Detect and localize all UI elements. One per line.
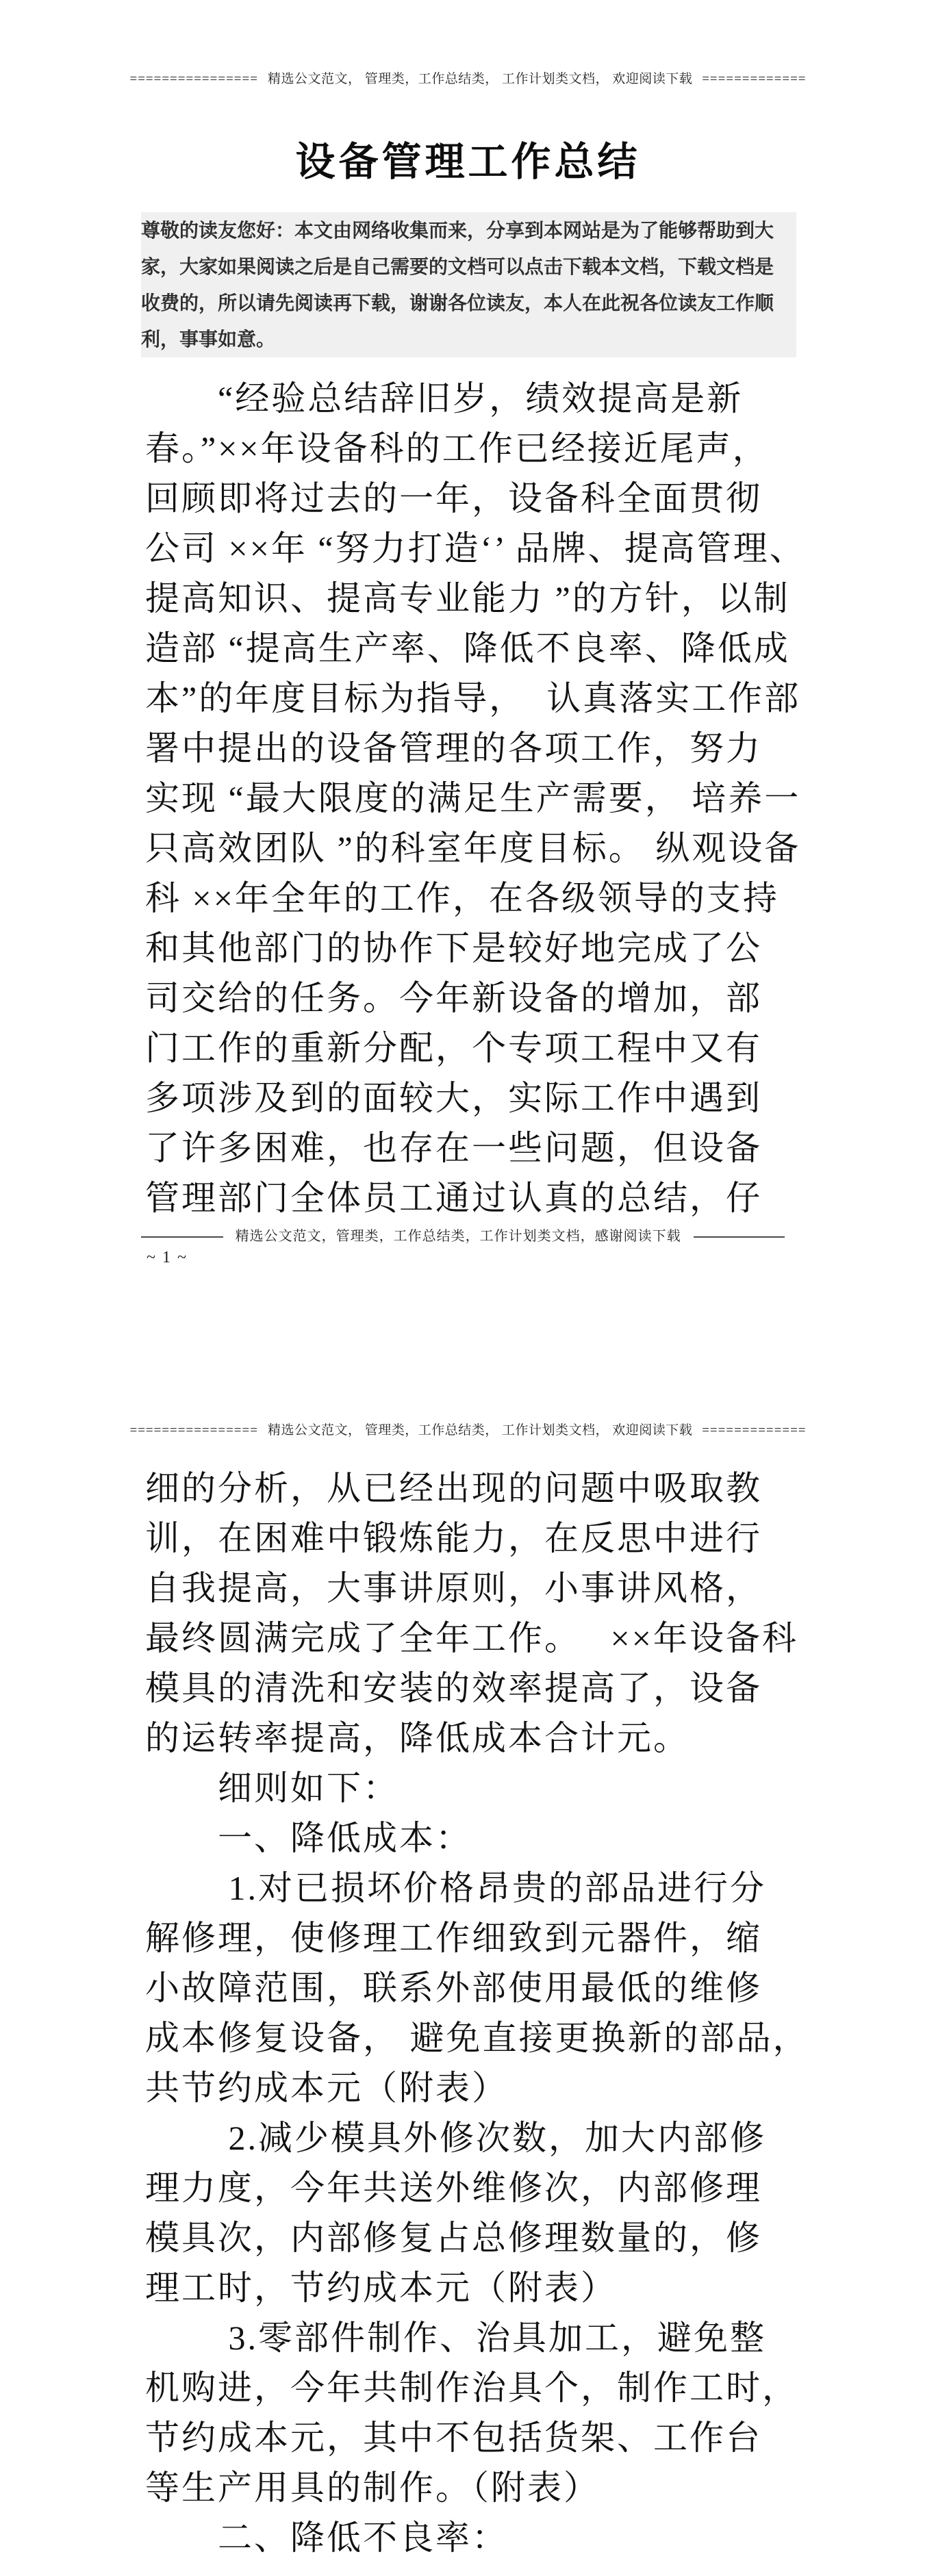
page-2: ================ 精选公文范文， 管理类，工作总结类， 工作计划…	[0, 1422, 936, 2563]
body-line: 科 ××年全年的工作，在各级领导的支持	[145, 873, 936, 923]
body-line: 3.零部件制作、治具加工，避免整	[145, 2313, 936, 2363]
body-line: 等生产用具的制作。（附表）	[145, 2463, 936, 2513]
body-line: 司交给的任务。今年新设备的增加，部	[145, 973, 936, 1023]
header-text: 精选公文范文， 管理类，工作总结类， 工作计划类文档， 欢迎阅读下载	[268, 71, 692, 88]
notice-block: 尊敬的读友您好：本文由网络收集而来，分享到本网站是为了能够帮助到大家，大家如果阅…	[141, 212, 796, 357]
footer-rule-right	[694, 1236, 785, 1238]
body-line: 共节约成本元（附表）	[145, 2063, 936, 2113]
header-rule-left: ================	[129, 71, 257, 88]
footer-text: 精选公文范文，管理类，工作总结类，工作计划类文档，感谢阅读下载	[236, 1227, 681, 1246]
body-line: 模具的清洗和安装的效率提高了，设备	[145, 1663, 936, 1713]
body-line: 了许多困难，也存在一些问题，但设备	[145, 1123, 936, 1173]
body-line: 一、降低成本：	[145, 1813, 936, 1863]
body-line: 署中提出的设备管理的各项工作，努力	[145, 724, 936, 774]
header-rule-right: =============	[702, 1422, 806, 1440]
body-line: 本”的年度目标为指导， 认真落实工作部	[145, 674, 936, 724]
body-line: 小故障范围，联系外部使用最低的维修	[145, 1963, 936, 2013]
body-line: 成本修复设备， 避免直接更换新的部品，	[145, 2013, 936, 2063]
body-line: 只高效团队 ”的科室年度目标。 纵观设备	[145, 824, 936, 873]
body-line: 1.对已损坏价格昂贵的部品进行分	[145, 1863, 936, 1913]
body-line: 细则如下：	[145, 1763, 936, 1813]
body-line: 细的分析，从已经出现的问题中吸取教	[145, 1464, 936, 1514]
page-number: ~ 1 ~	[147, 1247, 936, 1268]
body-line: 训，在困难中锻炼能力，在反思中进行	[145, 1514, 936, 1564]
body-line: 公司 ××年 “努力打造‘’ 品牌、提高管理、	[145, 524, 936, 574]
body-line: 最终圆满完成了全年工作。 ××年设备科	[145, 1614, 936, 1663]
notice-line: 收费的，所以请先阅读再下载，谢谢各位读友，本人在此祝各位读友工作顺	[141, 285, 796, 321]
body-line: 实现 “最大限度的满足生产需要， 培养一	[145, 774, 936, 824]
body-line: 模具次，内部修复占总修理数量的，修	[145, 2213, 936, 2263]
header-rule-left: ================	[129, 1422, 257, 1440]
page2-header: ================ 精选公文范文， 管理类，工作总结类， 工作计划…	[0, 1422, 936, 1440]
body-line: “经验总结辞旧岁，绩效提高是新	[145, 374, 936, 424]
header-text: 精选公文范文， 管理类，工作总结类， 工作计划类文档， 欢迎阅读下载	[268, 1422, 692, 1440]
body-line: 理力度，今年共送外维修次，内部修理	[145, 2163, 936, 2213]
body-line: 理工时，节约成本元（附表）	[145, 2263, 936, 2313]
notice-line: 家，大家如果阅读之后是自己需要的文档可以点击下载本文档，下载文档是	[141, 248, 796, 285]
body-line: 回顾即将过去的一年，设备科全面贯彻	[145, 474, 936, 524]
page-1: ================ 精选公文范文， 管理类，工作总结类， 工作计划…	[0, 71, 936, 1268]
body-line: 多项涉及到的面较大，实际工作中遇到	[145, 1073, 936, 1123]
body-line: 和其他部门的协作下是较好地完成了公	[145, 923, 936, 973]
body-line: 提高知识、提高专业能力 ”的方针，以制	[145, 574, 936, 624]
page1-header: ================ 精选公文范文， 管理类，工作总结类， 工作计划…	[0, 71, 936, 88]
body-line: 二、降低不良率：	[145, 2513, 936, 2563]
body-line: 节约成本元，其中不包括货架、工作台	[145, 2413, 936, 2463]
page1-footer: 精选公文范文，管理类，工作总结类，工作计划类文档，感谢阅读下载	[141, 1227, 785, 1246]
notice-line: 利，事事如意。	[141, 321, 796, 357]
footer-rule-left	[141, 1236, 223, 1238]
body-line: 的运转率提高，降低成本合计元。	[145, 1713, 936, 1763]
body-line: 机购进，今年共制作治具个，制作工时，	[145, 2363, 936, 2413]
body-line: 解修理，使修理工作细致到元器件，缩	[145, 1913, 936, 1963]
body-line: 自我提高，大事讲原则，小事讲风格，	[145, 1564, 936, 1614]
body-line: 管理部门全体员工通过认真的总结，仔	[145, 1173, 936, 1223]
body-line: 门工作的重新分配，个专项工程中又有	[145, 1023, 936, 1073]
document-preview: ================ 精选公文范文， 管理类，工作总结类， 工作计划…	[0, 0, 936, 2576]
body-line: 春。”××年设备科的工作已经接近尾声，	[145, 424, 936, 474]
body-line: 2.减少模具外修次数，加大内部修	[145, 2113, 936, 2163]
page1-body-text: “经验总结辞旧岁，绩效提高是新春。”××年设备科的工作已经接近尾声，回顾即将过去…	[145, 374, 936, 1223]
page2-body-text: 细的分析，从已经出现的问题中吸取教训，在困难中锻炼能力，在反思中进行自我提高，大…	[145, 1464, 936, 2563]
notice-line: 尊敬的读友您好：本文由网络收集而来，分享到本网站是为了能够帮助到大	[141, 212, 796, 248]
document-title: 设备管理工作总结	[0, 138, 936, 186]
body-line: 造部 “提高生产率、降低不良率、降低成	[145, 624, 936, 674]
header-rule-right: =============	[702, 71, 806, 88]
